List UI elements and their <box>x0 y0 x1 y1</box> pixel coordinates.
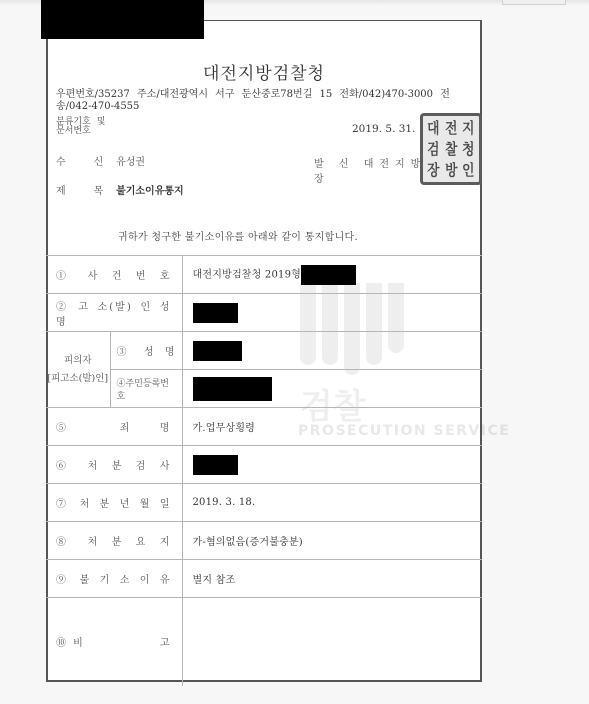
classification-label: 분류기호및 문서번호 <box>56 118 105 136</box>
redaction-block <box>193 455 238 475</box>
subject-line: 제목 불기소이유통지 <box>56 182 184 197</box>
notice-text: 귀하가 청구한 불기소이유를 아래와 같이 통지합니다. <box>118 228 358 243</box>
case-number-label: ① 사 건 번 호 <box>46 256 182 294</box>
suspect-name-label: ③ 성 명 <box>110 332 182 370</box>
document-page: 대전지방검찰청 우편번호/35237 주소/대전광역시 서구 둔산중로78번길 … <box>46 20 482 682</box>
charge-value: 가.업무상횡령 <box>182 408 482 446</box>
prosecutor-value <box>182 446 482 484</box>
redaction-block <box>193 341 242 361</box>
document-date: 2019. 5. 31. <box>352 123 415 135</box>
remarks-value <box>182 598 482 686</box>
table-row: ⑤ 죄 명 가.업무상횡령 <box>46 408 482 446</box>
table-row: ⑦ 처 분 년 월 일 2019. 3. 18. <box>46 484 482 522</box>
suspect-group-label: 피의자 [피고소(발)인] <box>46 332 110 408</box>
suspect-name-value <box>182 332 482 370</box>
table-row: ① 사 건 번 호 대전지방검찰청 2019형 <box>46 256 482 294</box>
table-row: 피의자 [피고소(발)인] ③ 성 명 <box>46 332 482 370</box>
complainant-label: ② 고 소(발) 인 성 명 <box>46 294 182 332</box>
table-row: ⑥ 처 분 검 사 <box>46 446 482 484</box>
notice-table: ① 사 건 번 호 대전지방검찰청 2019형 ② 고 소(발) 인 성 명 피… <box>46 255 482 686</box>
disposition-summary-label: ⑧ 처 분 요 지 <box>46 522 182 560</box>
suspect-id-label: ④주민등록번호 <box>110 370 182 408</box>
office-address: 우편번호/35237 주소/대전광역시 서구 둔산중로78번길 15 전화/04… <box>56 89 480 113</box>
disposition-date-value: 2019. 3. 18. <box>182 484 482 522</box>
reason-value: 별지 참조 <box>182 560 482 598</box>
complainant-value <box>182 294 482 332</box>
official-seal: 대 전 지 검 찰 청 장 방 인 <box>420 113 482 185</box>
prosecutor-label: ⑥ 처 분 검 사 <box>46 446 182 484</box>
recipient-name: 유성권 <box>116 157 145 168</box>
recipient-line: 수신 유성권 <box>56 153 145 168</box>
disposition-date-label: ⑦ 처 분 년 월 일 <box>46 484 182 522</box>
office-title: 대전지방검찰청 <box>48 59 480 84</box>
table-row: ⑩ 비 고 <box>46 598 482 686</box>
reason-label: ⑨ 불 기 소 이 유 <box>46 560 182 598</box>
viewer-tab[interactable] <box>502 0 566 5</box>
table-row: ⑨ 불 기 소 이 유 별지 참조 <box>46 560 482 598</box>
redaction-block <box>193 303 238 323</box>
redaction-block <box>193 377 272 401</box>
suspect-id-value <box>182 370 482 408</box>
table-row: ④주민등록번호 <box>46 370 482 408</box>
subject-text: 불기소이유통지 <box>116 186 184 197</box>
redaction-block <box>301 265 356 285</box>
disposition-summary-value: 가-혐의없음(증거불충분) <box>182 522 482 560</box>
redaction-block <box>41 0 204 39</box>
charge-label: ⑤ 죄 명 <box>46 408 182 446</box>
table-row: ② 고 소(발) 인 성 명 <box>46 294 482 332</box>
case-number-value: 대전지방검찰청 2019형 <box>182 256 482 294</box>
remarks-label: ⑩ 비 고 <box>46 598 182 686</box>
table-row: ⑧ 처 분 요 지 가-혐의없음(증거불충분) <box>46 522 482 560</box>
